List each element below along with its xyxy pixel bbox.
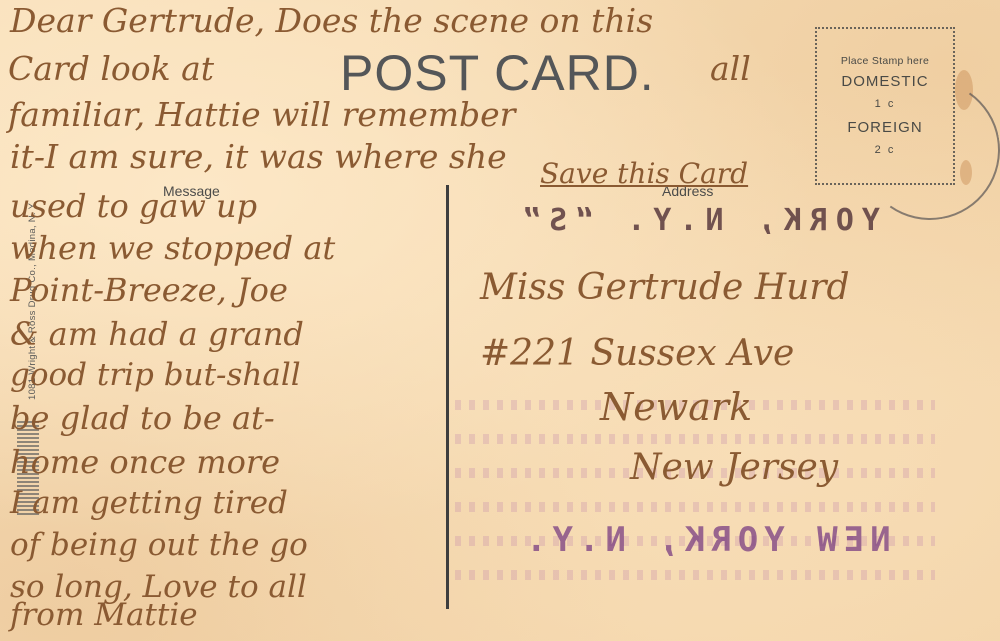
address-line-city: Newark bbox=[600, 388, 752, 426]
handwritten-line: & am had a grand bbox=[10, 318, 304, 350]
handwritten-line: Dear Gertrude, Does the scene on this bbox=[10, 4, 653, 37]
handwritten-line: used to gaw up bbox=[10, 190, 257, 222]
handwritten-line: good trip but-shall bbox=[10, 360, 301, 391]
handwritten-line: familiar, Hattie will remember bbox=[8, 98, 515, 131]
address-line-state: New Jersey bbox=[630, 450, 838, 486]
handwritten-line: home once more bbox=[10, 446, 280, 478]
handwritten-line: of being out the go bbox=[10, 530, 308, 561]
handwritten-line: when we stopped at bbox=[10, 232, 335, 264]
handwritten-line: all bbox=[710, 52, 751, 85]
handwritten-line: I am getting tired bbox=[10, 488, 288, 519]
postcard-back: POST CARD. Message Address Place Stamp h… bbox=[0, 0, 1000, 641]
handwritten-signature: from Mattie bbox=[10, 600, 198, 631]
handwritten-line: Card look at bbox=[8, 52, 214, 85]
handwritten-line: Point-Breeze, Joe bbox=[10, 274, 288, 306]
address-line-name: Miss Gertrude Hurd bbox=[480, 270, 850, 306]
address-line-street: #221 Sussex Ave bbox=[480, 336, 794, 372]
handwritten-line: be glad to be at- bbox=[10, 402, 275, 434]
center-divider bbox=[446, 185, 449, 609]
post-card-title: POST CARD. bbox=[340, 48, 655, 98]
stamp-instruction: Place Stamp here bbox=[817, 55, 953, 67]
postmark-top: YORK, N.Y. “S” bbox=[515, 203, 880, 238]
handwritten-note: Save this Card bbox=[540, 160, 748, 188]
handwritten-line: it-I am sure, it was where she bbox=[10, 140, 507, 173]
postmark-bottom: NEW YORK, N.Y. bbox=[520, 520, 891, 560]
